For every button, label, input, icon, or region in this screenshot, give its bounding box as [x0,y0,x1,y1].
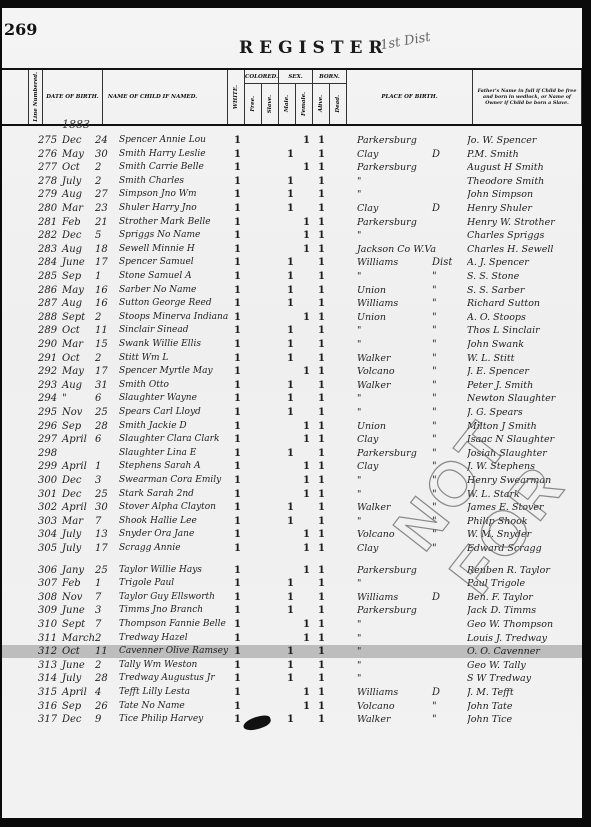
alive-mark: 1 [318,447,324,460]
place-of-birth: Clay [357,148,467,161]
male-mark: 1 [287,379,293,392]
alive-mark: 1 [318,229,324,242]
alive-mark: 1 [318,379,324,392]
table-row: 277Oct2Smith Carrie Belle111ParkersburgA… [2,161,582,174]
alive-mark: 1 [318,216,324,229]
line-number: 298 [38,447,68,460]
child-name: Spencer Annie Lou [119,134,239,147]
place-of-birth: " [357,175,467,188]
birth-day: 11 [95,324,115,337]
district-mark: " [432,324,437,337]
male-mark: 1 [287,645,293,658]
birth-day: 30 [95,501,115,514]
white-mark: 1 [234,528,240,541]
child-name: Smith Harry Leslie [119,148,239,161]
female-mark: 1 [303,542,309,555]
father-name: P.M. Smith [467,148,582,161]
female-mark: 1 [303,460,309,473]
place-of-birth: " [357,672,467,685]
alive-mark: 1 [318,352,324,365]
child-name: Trigole Paul [119,577,239,590]
birth-day: 15 [95,338,115,351]
district-mark: " [432,338,437,351]
male-mark: 1 [287,352,293,365]
table-row: 309June3Timms Jno Branch111ParkersburgJa… [2,604,582,617]
father-name: Louis J. Tredway [467,632,582,645]
district-mark: " [432,284,437,297]
alive-mark: 1 [318,577,324,590]
female-mark: 1 [303,618,309,631]
table-row: 314July28Tredway Augustus Jr111"S W Tred… [2,672,582,685]
male-mark: 1 [287,392,293,405]
district-mark: " [432,420,437,433]
birth-day: 25 [95,564,115,577]
place-of-birth: Parkersburg [357,134,467,147]
place-of-birth: Walker [357,352,467,365]
male-mark: 1 [287,447,293,460]
father-name: Geo W. Thompson [467,618,582,631]
alive-mark: 1 [318,365,324,378]
col-colored-slave: Slave. [261,84,278,124]
father-name: S. S. Stone [467,270,582,283]
female-mark: 1 [303,528,309,541]
child-name: Timms Jno Branch [119,604,239,617]
birth-day: 17 [95,542,115,555]
alive-mark: 1 [318,148,324,161]
child-name: Smith Otto [119,379,239,392]
male-mark: 1 [287,188,293,201]
birth-day: 30 [95,148,115,161]
table-row: 310Sept7Thompson Fannie Belle111"Geo W. … [2,618,582,631]
district-mark: D [432,148,440,161]
child-name: Spears Carl Lloyd [119,406,239,419]
alive-mark: 1 [318,632,324,645]
table-row: 289Oct11Sinclair Sinead111"Thos L Sincla… [2,324,582,337]
birth-day: 11 [95,645,115,658]
place-of-birth: Clay [357,202,467,215]
place-of-birth: Walker [357,379,467,392]
child-name: Swank Willie Ellis [119,338,239,351]
child-name: Tice Philip Harvey [119,713,239,726]
district-mark: D [432,686,440,699]
child-name: Sinclair Sinead [119,324,239,337]
white-mark: 1 [234,672,240,685]
male-mark: 1 [287,270,293,283]
col-group-colored: COLORED. [244,70,278,84]
alive-mark: 1 [318,338,324,351]
white-mark: 1 [234,713,240,726]
child-name: Tally Wm Weston [119,659,239,672]
male-mark: 1 [287,175,293,188]
alive-mark: 1 [318,645,324,658]
table-row: 313June2Tally Wm Weston111"Geo W. Tally [2,659,582,672]
place-of-birth: " [357,229,467,242]
col-born-alive: Alive. [312,84,329,124]
place-of-birth: " [357,392,467,405]
birth-day: 24 [95,134,115,147]
place-of-birth: Union [357,284,467,297]
white-mark: 1 [234,365,240,378]
father-name: Jack D. Timms [467,604,582,617]
white-mark: 1 [234,175,240,188]
white-mark: 1 [234,474,240,487]
birth-day: 2 [95,659,115,672]
table-row: 287Aug16Sutton George Reed111WilliamsRic… [2,297,582,310]
male-mark: 1 [287,406,293,419]
child-name: Swearman Cora Emily [119,474,239,487]
col-father: Father's Name in full if Child be free a… [472,70,582,124]
white-mark: 1 [234,161,240,174]
child-name: Slaughter Clara Clark [119,433,239,446]
place-of-birth: Volcano [357,365,467,378]
birth-day: 1 [95,577,115,590]
father-name: Charles H. Sewell [467,243,582,256]
father-name: J. M. Tefft [467,686,582,699]
alive-mark: 1 [318,501,324,514]
alive-mark: 1 [318,433,324,446]
birth-day: 9 [95,713,115,726]
white-mark: 1 [234,577,240,590]
child-name: Smith Carrie Belle [119,161,239,174]
birth-day: 16 [95,284,115,297]
white-mark: 1 [234,297,240,310]
female-mark: 1 [303,564,309,577]
district-mark: " [432,365,437,378]
register-page-scan: 269 REGISTER 1st Dist Line Numbered. DAT… [0,0,591,827]
male-mark: 1 [287,297,293,310]
child-name: Tredway Augustus Jr [119,672,239,685]
place-of-birth: " [357,338,467,351]
place-of-birth: Williams [357,686,467,699]
father-name: Thos L Sinclair [467,324,582,337]
place-of-birth: " [357,406,467,419]
white-mark: 1 [234,406,240,419]
female-mark: 1 [303,161,309,174]
alive-mark: 1 [318,672,324,685]
alive-mark: 1 [318,256,324,269]
white-mark: 1 [234,311,240,324]
male-mark: 1 [287,284,293,297]
child-name: Stone Samuel A [119,270,239,283]
birth-day: 28 [95,672,115,685]
alive-mark: 1 [318,188,324,201]
table-row: 283Aug18Sewell Minnie H111Jackson Co W.V… [2,243,582,256]
alive-mark: 1 [318,311,324,324]
district-mark: " [432,311,437,324]
birth-day: 6 [95,392,115,405]
alive-mark: 1 [318,474,324,487]
child-name: Spencer Samuel [119,256,239,269]
alive-mark: 1 [318,420,324,433]
alive-mark: 1 [318,713,324,726]
birth-day: 1 [95,270,115,283]
male-mark: 1 [287,324,293,337]
district-mark: " [432,406,437,419]
place-of-birth: " [357,270,467,283]
table-row: 311March2Tredway Hazel111"Louis J. Tredw… [2,632,582,645]
birth-day: 7 [95,591,115,604]
alive-mark: 1 [318,515,324,528]
table-row: 286May16Sarber No Name111UnionS. S. Sarb… [2,284,582,297]
alive-mark: 1 [318,659,324,672]
alive-mark: 1 [318,460,324,473]
white-mark: 1 [234,324,240,337]
district-mark: " [432,392,437,405]
table-row: 279Aug27Simpson Jno Wm111"John Simpson [2,188,582,201]
white-mark: 1 [234,542,240,555]
female-mark: 1 [303,488,309,501]
child-name: Tefft Lilly Lesta [119,686,239,699]
place-of-birth: Parkersburg [357,216,467,229]
register-title: REGISTER [239,38,389,58]
alive-mark: 1 [318,488,324,501]
place-of-birth: Volcano [357,700,467,713]
place-of-birth: Parkersburg [357,161,467,174]
child-name: Stark Sarah 2nd [119,488,239,501]
child-name: Slaughter Lina E [119,447,239,460]
white-mark: 1 [234,229,240,242]
place-of-birth: Parkersburg [357,604,467,617]
child-name: Shuler Harry Jno [119,202,239,215]
white-mark: 1 [234,352,240,365]
white-mark: 1 [234,420,240,433]
alive-mark: 1 [318,284,324,297]
white-mark: 1 [234,632,240,645]
female-mark: 1 [303,474,309,487]
father-name: John Swank [467,338,582,351]
place-of-birth: " [357,645,467,658]
birth-day: 3 [95,474,115,487]
table-row: 278July2Smith Charles111"Theodore Smith [2,175,582,188]
white-mark: 1 [234,216,240,229]
birth-day: 23 [95,202,115,215]
child-name: Thompson Fannie Belle [119,618,239,631]
female-mark: 1 [303,243,309,256]
table-row: 317Dec9Tice Philip Harvey111WalkerJohn T… [2,713,582,726]
child-name: Slaughter Wayne [119,392,239,405]
table-row: 275Dec24Spencer Annie Lou111ParkersburgJ… [2,134,582,147]
page-number: 269 [4,20,37,39]
child-name: Simpson Jno Wm [119,188,239,201]
birth-day: 7 [95,515,115,528]
father-name: Henry Shuler [467,202,582,215]
child-name: Spencer Myrtle May [119,365,239,378]
table-row: 276May30Smith Harry Leslie111ClayP.M. Sm… [2,148,582,161]
white-mark: 1 [234,188,240,201]
male-mark: 1 [287,577,293,590]
alive-mark: 1 [318,542,324,555]
white-mark: 1 [234,447,240,460]
child-name: Stitt Wm L [119,352,239,365]
white-mark: 1 [234,460,240,473]
child-name: Taylor Guy Ellsworth [119,591,239,604]
male-mark: 1 [287,713,293,726]
alive-mark: 1 [318,270,324,283]
district-mark: " [432,433,437,446]
birth-day: 21 [95,216,115,229]
white-mark: 1 [234,433,240,446]
father-name: John Tice [467,713,582,726]
col-name: NAME OF CHILD IF NAMED. [102,70,202,124]
table-row: 281Feb21Strother Mark Belle111Parkersbur… [2,216,582,229]
district-mark: " [432,700,437,713]
table-row: 288Sept2Stoops Minerva Indiana111UnionA.… [2,311,582,324]
col-group-sex: SEX. [278,70,312,84]
female-mark: 1 [303,686,309,699]
birth-day: 18 [95,243,115,256]
place-of-birth: Jackson Co W.Va [357,243,467,256]
white-mark: 1 [234,284,240,297]
father-name: August H Smith [467,161,582,174]
margin-note: 1st Dist [379,30,432,54]
birth-day: 28 [95,420,115,433]
birth-day: 25 [95,406,115,419]
child-name: Stover Alpha Clayton [119,501,239,514]
child-name: Stephens Sarah A [119,460,239,473]
district-mark: " [432,713,437,726]
father-name: John Simpson [467,188,582,201]
white-mark: 1 [234,202,240,215]
child-name: Stoops Minerva Indiana [119,311,239,324]
place-of-birth: " [357,577,467,590]
district-mark: " [432,297,437,310]
place-of-birth: Walker [357,713,467,726]
birth-day: 13 [95,528,115,541]
place-of-birth: " [357,618,467,631]
child-name: Taylor Willie Hays [119,564,239,577]
district-mark: D [432,591,440,604]
female-mark: 1 [303,311,309,324]
white-mark: 1 [234,686,240,699]
alive-mark: 1 [318,686,324,699]
place-of-birth: " [357,659,467,672]
father-name: A. O. Stoops [467,311,582,324]
table-row: 284June17Spencer Samuel111WilliamsA. J. … [2,256,582,269]
white-mark: 1 [234,591,240,604]
alive-mark: 1 [318,406,324,419]
place-of-birth: " [357,188,467,201]
white-mark: 1 [234,618,240,631]
male-mark: 1 [287,501,293,514]
birth-day: 2 [95,352,115,365]
father-name: Charles Spriggs [467,229,582,242]
alive-mark: 1 [318,161,324,174]
table-row: 290Mar15Swank Willie Ellis111"John Swank… [2,338,582,351]
child-name: Shook Hallie Lee [119,515,239,528]
male-mark: 1 [287,659,293,672]
district-mark: Dist [432,256,452,269]
white-mark: 1 [234,604,240,617]
male-mark: 1 [287,604,293,617]
col-line-number: Line Numbered. [28,70,42,124]
father-name: Henry W. Strother [467,216,582,229]
father-name: S W Tredway [467,672,582,685]
child-name: Sewell Minnie H [119,243,239,256]
place-of-birth: Williams [357,297,467,310]
male-mark: 1 [287,515,293,528]
father-name: Richard Sutton [467,297,582,310]
birth-day: 6 [95,433,115,446]
alive-mark: 1 [318,618,324,631]
table-row: 312Oct11Cavenner Olive Ramsey111"O. O. C… [2,645,582,658]
place-of-birth: Union [357,311,467,324]
father-name: Geo W. Tally [467,659,582,672]
child-name: Snyder Ora Jane [119,528,239,541]
white-mark: 1 [234,659,240,672]
col-white: WHITE. [227,70,244,124]
col-date-of-birth: DATE OF BIRTH. [42,70,102,124]
col-colored-free: Free. [244,84,261,124]
child-name: Tate No Name [119,700,239,713]
male-mark: 1 [287,591,293,604]
child-name: Smith Jackie D [119,420,239,433]
birth-day: 17 [95,365,115,378]
table-header: Line Numbered. DATE OF BIRTH. NAME OF CH… [2,68,582,126]
birth-day: 3 [95,604,115,617]
col-sex-male: Male. [278,84,295,124]
alive-mark: 1 [318,604,324,617]
alive-mark: 1 [318,134,324,147]
alive-mark: 1 [318,324,324,337]
place-of-birth: " [357,632,467,645]
birth-day: 2 [95,161,115,174]
child-name: Sutton George Reed [119,297,239,310]
table-row: 280Mar23Shuler Harry Jno111ClayHenry Shu… [2,202,582,215]
white-mark: 1 [234,501,240,514]
white-mark: 1 [234,515,240,528]
father-name: John Tate [467,700,582,713]
female-mark: 1 [303,134,309,147]
father-name: Theodore Smith [467,175,582,188]
male-mark: 1 [287,338,293,351]
birth-day: 2 [95,175,115,188]
female-mark: 1 [303,216,309,229]
alive-mark: 1 [318,297,324,310]
white-mark: 1 [234,645,240,658]
white-mark: 1 [234,379,240,392]
birth-day: 1 [95,460,115,473]
place-of-birth: " [357,324,467,337]
table-row: 282Dec5Spriggs No Name111"Charles Sprigg… [2,229,582,242]
father-name: Jo. W. Spencer [467,134,582,147]
father-name: A. J. Spencer [467,256,582,269]
table-row: 291Oct2Stitt Wm L111WalkerW. L. Stitt" [2,352,582,365]
child-name: Spriggs No Name [119,229,239,242]
alive-mark: 1 [318,591,324,604]
child-name: Smith Charles [119,175,239,188]
female-mark: 1 [303,632,309,645]
birth-day: 16 [95,297,115,310]
male-mark: 1 [287,148,293,161]
col-place-of-birth: PLACE OF BIRTH. [346,70,472,124]
white-mark: 1 [234,134,240,147]
district-mark: " [432,379,437,392]
birth-day: 2 [95,632,115,645]
alive-mark: 1 [318,202,324,215]
child-name: Sarber No Name [119,284,239,297]
child-name: Cavenner Olive Ramsey [119,645,239,658]
district-mark: " [432,352,437,365]
birth-day: 7 [95,618,115,631]
female-mark: 1 [303,420,309,433]
child-name: Strother Mark Belle [119,216,239,229]
alive-mark: 1 [318,528,324,541]
district-mark: D [432,202,440,215]
white-mark: 1 [234,392,240,405]
white-mark: 1 [234,148,240,161]
col-born-dead: Dead. [329,84,346,124]
male-mark: 1 [287,672,293,685]
